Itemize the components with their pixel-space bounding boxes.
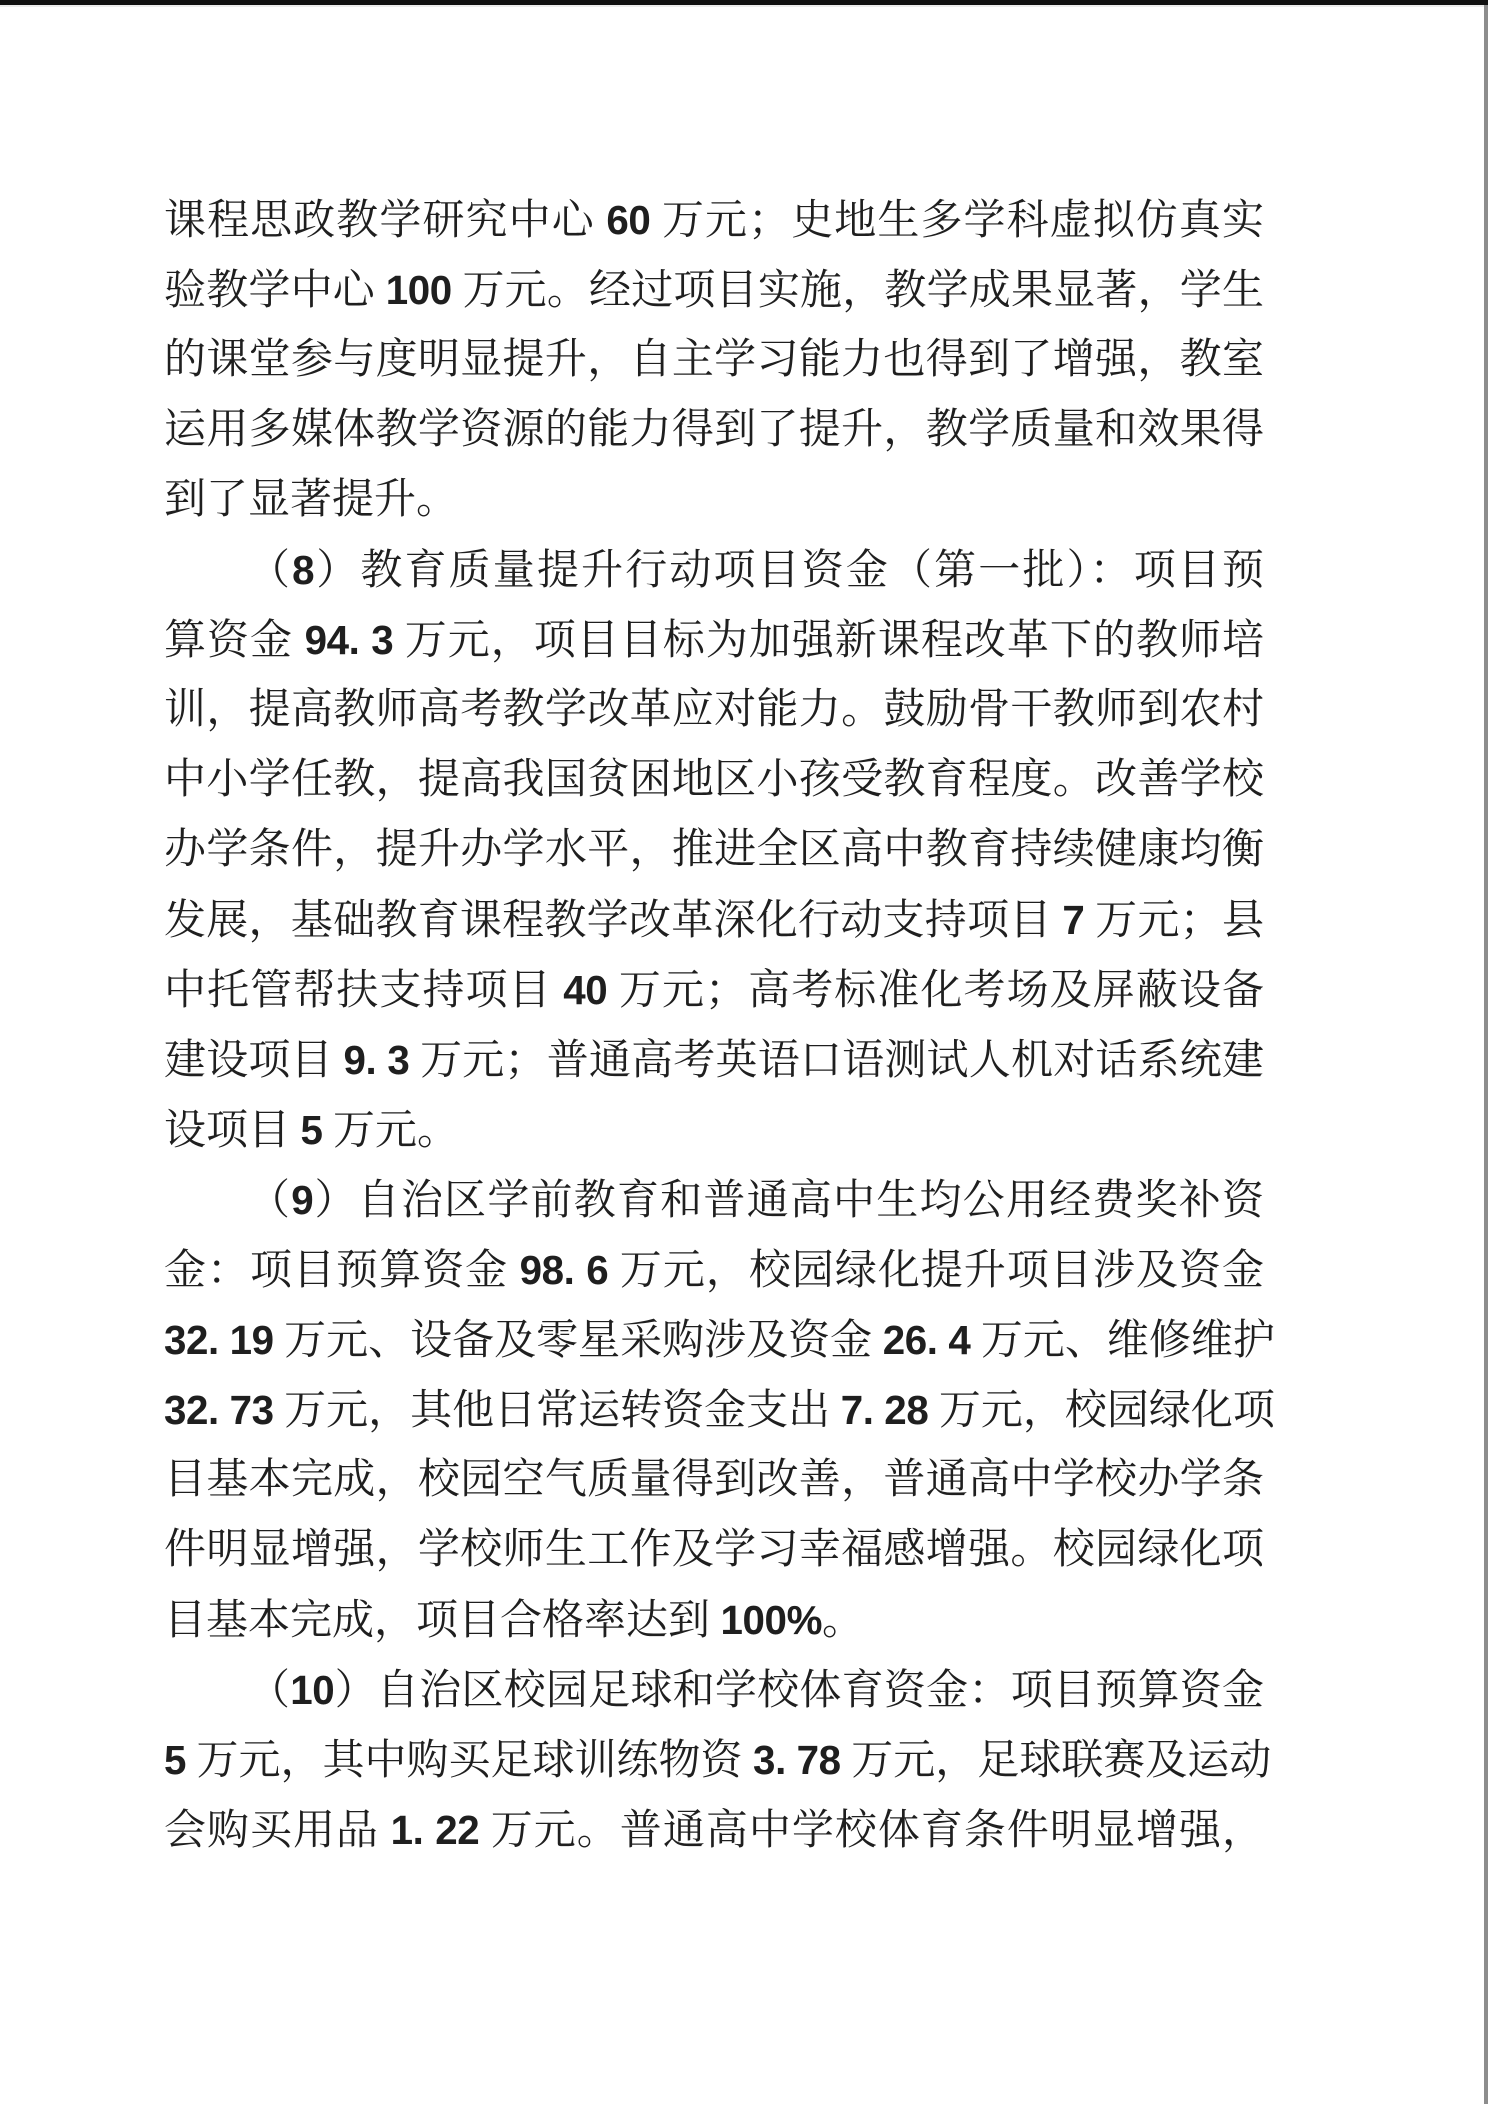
text-line: 金：项目预算资金 98. 6 万元，校园绿化提升项目涉及资金: [164, 1235, 1264, 1305]
text-block: 课程思政教学研究中心 60 万元；史地生多学科虚拟仿真实验教学中心 100 万元…: [164, 185, 1264, 1865]
text-line: 32. 19 万元、设备及零星采购涉及资金 26. 4 万元、维修维护: [164, 1305, 1264, 1375]
numeric-value: 94. 3: [305, 617, 394, 663]
numeric-value: 3. 78: [753, 1737, 841, 1783]
text-line: 目基本完成，项目合格率达到 100%。: [164, 1585, 1264, 1655]
numeric-value: 60: [606, 197, 650, 243]
text-line: 的课堂参与度明显提升，自主学习能力也得到了增强，教室: [164, 325, 1264, 395]
text-line: 32. 73 万元，其他日常运转资金支出 7. 28 万元，校园绿化项: [164, 1375, 1264, 1445]
text-line: （9）自治区学前教育和普通高中生均公用经费奖补资: [164, 1165, 1264, 1235]
text-line: 运用多媒体教学资源的能力得到了提升，教学质量和效果得: [164, 395, 1264, 465]
text-line: 设项目 5 万元。: [164, 1095, 1264, 1165]
numeric-value: 1. 22: [391, 1807, 480, 1853]
numeric-value: 98. 6: [520, 1247, 609, 1293]
numeric-value: 8: [292, 547, 314, 593]
numeric-value: 32. 19: [164, 1317, 274, 1363]
text-line: 会购买用品 1. 22 万元。普通高中学校体育条件明显增强，: [164, 1795, 1264, 1865]
page-top-edge-shadow: [0, 5, 1488, 7]
paragraph: （9）自治区学前教育和普通高中生均公用经费奖补资金：项目预算资金 98. 6 万…: [164, 1165, 1264, 1655]
text-line: 目基本完成，校园空气质量得到改善，普通高中学校办学条: [164, 1445, 1264, 1515]
numeric-value: 5: [301, 1107, 323, 1153]
text-line: 发展，基础教育课程教学改革深化行动支持项目 7 万元；县: [164, 885, 1264, 955]
numeric-value: 9. 3: [344, 1037, 410, 1083]
numeric-value: 26. 4: [883, 1317, 971, 1363]
numeric-value: 10: [290, 1667, 334, 1713]
paragraph: 课程思政教学研究中心 60 万元；史地生多学科虚拟仿真实验教学中心 100 万元…: [164, 185, 1264, 535]
text-line: （8）教育质量提升行动项目资金（第一批）：项目预: [164, 535, 1264, 605]
numeric-value: 5: [164, 1737, 186, 1783]
text-line: 算资金 94. 3 万元，项目目标为加强新课程改革下的教师培: [164, 605, 1264, 675]
text-line: 建设项目 9. 3 万元；普通高考英语口语测试人机对话系统建: [164, 1025, 1264, 1095]
text-line: （10）自治区校园足球和学校体育资金：项目预算资金: [164, 1655, 1264, 1725]
text-line: 训，提高教师高考教学改革应对能力。鼓励骨干教师到农村: [164, 675, 1264, 745]
numeric-value: 7. 28: [841, 1387, 929, 1433]
text-line: 验教学中心 100 万元。经过项目实施，教学成果显著，学生: [164, 255, 1264, 325]
numeric-value: 7: [1062, 897, 1084, 943]
numeric-value: 100%: [721, 1597, 823, 1643]
numeric-value: 9: [291, 1177, 313, 1223]
text-line: 中托管帮扶支持项目 40 万元；高考标准化考场及屏蔽设备: [164, 955, 1264, 1025]
paragraph: （10）自治区校园足球和学校体育资金：项目预算资金5 万元，其中购买足球训练物资…: [164, 1655, 1264, 1865]
text-line: 件明显增强，学校师生工作及学习幸福感增强。校园绿化项: [164, 1515, 1264, 1585]
text-line: 到了显著提升。: [164, 465, 1264, 535]
numeric-value: 100: [386, 267, 452, 313]
numeric-value: 32. 73: [164, 1387, 274, 1433]
text-line: 中小学任教，提高我国贫困地区小孩受教育程度。改善学校: [164, 745, 1264, 815]
text-line: 课程思政教学研究中心 60 万元；史地生多学科虚拟仿真实: [164, 185, 1264, 255]
document-page: 课程思政教学研究中心 60 万元；史地生多学科虚拟仿真实验教学中心 100 万元…: [0, 0, 1488, 2104]
text-line: 5 万元，其中购买足球训练物资 3. 78 万元，足球联赛及运动: [164, 1725, 1264, 1795]
numeric-value: 40: [563, 967, 607, 1013]
page-right-edge: [1484, 5, 1488, 2104]
text-line: 办学条件，提升办学水平，推进全区高中教育持续健康均衡: [164, 815, 1264, 885]
paragraph: （8）教育质量提升行动项目资金（第一批）：项目预算资金 94. 3 万元，项目目…: [164, 535, 1264, 1165]
